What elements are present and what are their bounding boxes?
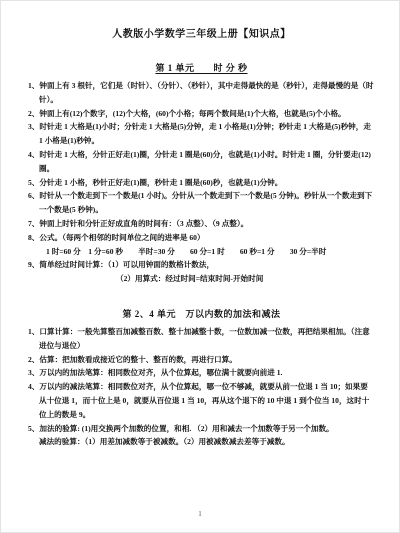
list-item: 5、分针走 1 小格，秒针正好走(1)圈，秒针走 1 圈是(60)秒，也就是(1… — [28, 176, 375, 190]
time-unit-formula-line: 1 时=60 分 1 分=60 秒 半时=30 分 60 分=1 时 60 秒=… — [28, 245, 375, 259]
document-title: 人教版小学数学三年级上册【知识点】 — [28, 25, 375, 40]
list-item: 5、加法的验算: (1)用交换两个加数的位置，和相. （2）用和减去一个加数等于… — [28, 422, 375, 436]
list-item-sub: 减法的验算：（1）用差加减数等于被减数。（2）用被减数减去差等于减数。 — [28, 435, 375, 449]
list-item: 1、钟面上有 3 根针，它们是（时针）、（分针）、（秒针），其中走得最快的是（秒… — [28, 79, 375, 107]
section-heading: 第 1 单元 时 分 秒 — [28, 61, 375, 74]
list-item: 2、钟面上有(12)个数字，(12)个大格，(60)个小格；每两个数间是(1)个… — [28, 107, 375, 121]
section-addition-subtraction: 第 2、4 单元 万以内数的加法和减法 1、口算计算：一般先算整百加减整百数、整… — [28, 307, 375, 449]
list-item: 4、时针走 1 大格，分针正好走(1)圈，分针走 1 圈是(60)分，也就是(1… — [28, 148, 375, 176]
list-item: 8、公式。（每两个相邻的时间单位之间的进率是 60） — [28, 231, 375, 245]
section-heading-text: 第 2、4 单元 万以内数的加法和减法 — [122, 309, 280, 319]
list-item: 7、钟面上时针和分针正好成直角的时间有：（3 点整）、（9 点整）。 — [28, 217, 375, 231]
list-item: 6、时针从一个数走到下一个数是(1 小时)。分针从一个数走到下一个数是(5 分钟… — [28, 189, 375, 217]
document-page: 人教版小学数学三年级上册【知识点】 第 1 单元 时 分 秒 1、钟面上有 3 … — [0, 0, 400, 533]
list-item: 9、简单经过时间计算：（1）可以用钟面的数格计数法， — [28, 258, 375, 272]
list-item-sub: （2）用算式：经过时间=结束时间-开始时间 — [28, 272, 375, 286]
list-item: 1、口算计算：一般先算整百加减整百数、整十加减整十数，一位数加减一位数，再把结果… — [28, 325, 375, 353]
list-item: 3、时针走 1 大格是(1)小时；分针走 1 大格是(5)分钟，走 1 小格是(… — [28, 120, 375, 148]
section-heading-text: 第 1 单元 时 分 秒 — [155, 63, 247, 73]
page-number: 1 — [1, 510, 399, 518]
list-item: 2、估算：把加数看成接近它的整十、整百的数，再进行口算。 — [28, 353, 375, 367]
list-item: 4、万以内的减法笔算：相同数位对齐，从个位算起，哪一位不够减，就要从前一位退 1… — [28, 380, 375, 421]
list-item: 3、万以内的加法笔算：相同数位对齐，从个位算起，哪位满十就要向前进 1. — [28, 366, 375, 380]
section-time-minute-second: 第 1 单元 时 分 秒 1、钟面上有 3 根针，它们是（时针）、（分针）、（秒… — [28, 61, 375, 286]
section-heading: 第 2、4 单元 万以内数的加法和减法 — [28, 307, 375, 320]
